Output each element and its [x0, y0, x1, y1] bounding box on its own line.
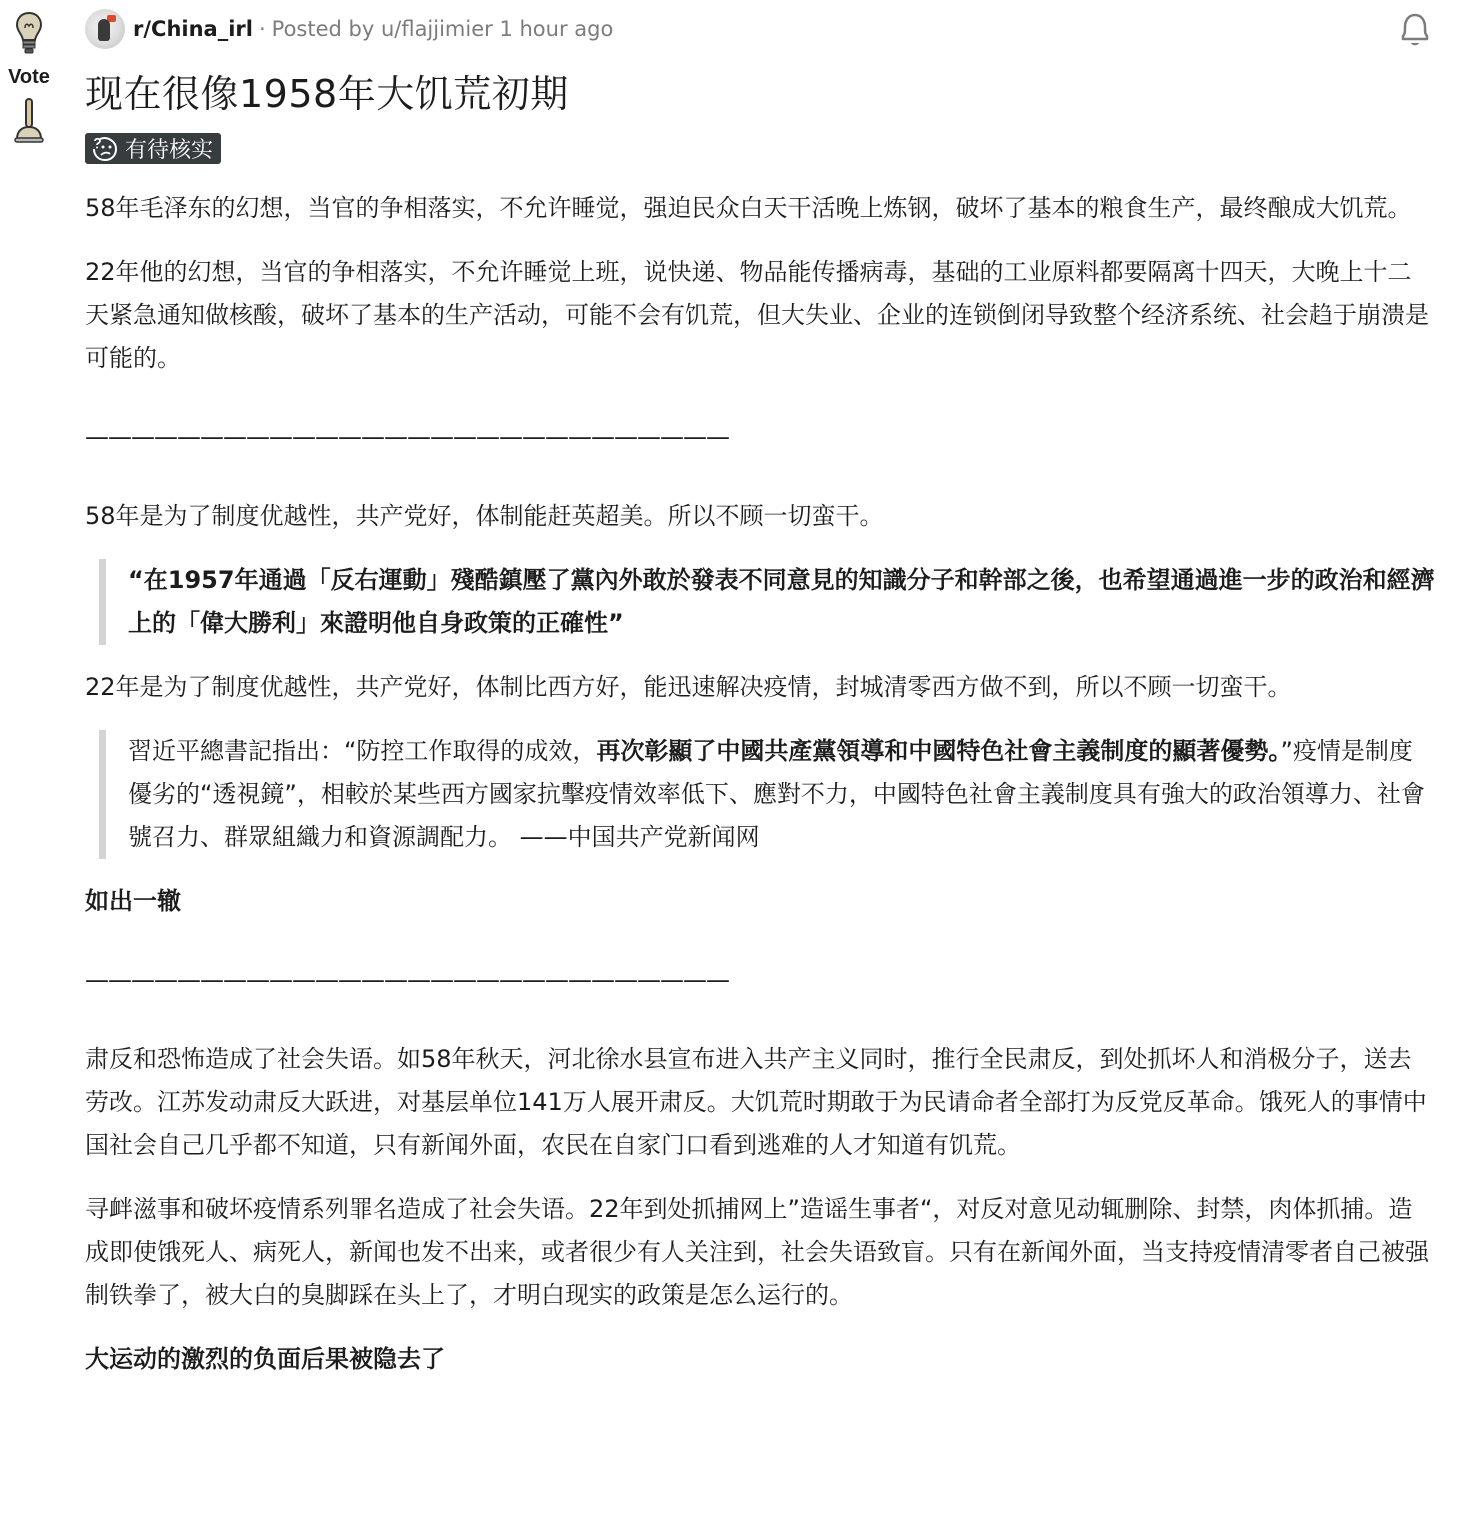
- blockquote: “在1957年通過「反右運動」殘酷鎮壓了黨內外敢於發表不同意見的知識分子和幹部之…: [99, 559, 1435, 645]
- paragraph: 22年他的幻想，当官的争相落实，不允许睡觉上班，说快递、物品能传播病毒，基础的工…: [85, 251, 1435, 380]
- bold-heading: 大运动的激烈的负面后果被隐去了: [85, 1338, 1435, 1381]
- quote-text: “在1957年通過「反右運動」殘酷鎮壓了黨內外敢於發表不同意見的知識分子和幹部之…: [128, 559, 1435, 645]
- paragraph: 58年是为了制度优越性，共产党好，体制能赶英超美。所以不顾一切蛮干。: [85, 495, 1435, 538]
- paragraph: 58年毛泽东的幻想，当官的争相落实，不允许睡觉，强迫民众白天干活晚上炼钢，破坏了…: [85, 187, 1435, 230]
- post-meta: r/China_irl · Posted by u/flajjimier 1 h…: [85, 0, 1435, 58]
- paragraph: 肃反和恐怖造成了社会失语。如58年秋天，河北徐水县宣布进入共产主义同时，推行全民…: [85, 1038, 1435, 1167]
- post-flair[interactable]: 有待核实: [85, 133, 221, 164]
- paragraph: 寻衅滋事和破坏疫情系列罪名造成了社会失语。22年到处抓捕网上”造谣生事者“，对反…: [85, 1188, 1435, 1317]
- quote-text: 習近平總書記指出：“防控工作取得的成效，再次彰顯了中國共產黨領導和中國特色社會主…: [128, 730, 1435, 859]
- quote-bold: 再次彰顯了中國共產黨領導和中國特色社會主義制度的顯著優勢。: [596, 737, 1280, 765]
- vote-column: Vote: [0, 0, 58, 143]
- bell-icon[interactable]: [1395, 10, 1435, 50]
- posted-by[interactable]: Posted by u/flajjimier 1 hour ago: [272, 17, 614, 41]
- post-container: r/China_irl · Posted by u/flajjimier 1 h…: [85, 0, 1435, 1402]
- plunger-icon[interactable]: [13, 97, 45, 143]
- text-divider: ————————————————————————————: [85, 959, 1435, 1002]
- text-divider: ————————————————————————————: [85, 416, 1435, 459]
- meta-separator: ·: [259, 17, 266, 41]
- post-body: 58年毛泽东的幻想，当官的争相落实，不允许睡觉，强迫民众白天干活晚上炼钢，破坏了…: [85, 187, 1435, 1381]
- paragraph: 22年是为了制度优越性，共产党好，体制比西方好，能迅速解决疫情，封城清零西方做不…: [85, 666, 1435, 709]
- subreddit-link[interactable]: r/China_irl: [133, 17, 253, 41]
- flair-label: 有待核实: [125, 133, 213, 164]
- post-title[interactable]: 现在很像1958年大饥荒初期: [85, 68, 1435, 120]
- lightbulb-icon[interactable]: [14, 10, 44, 56]
- vote-label: Vote: [8, 66, 50, 89]
- quote-prefix: 習近平總書記指出：“防控工作取得的成效，: [128, 737, 596, 765]
- confused-face-icon: [91, 135, 119, 163]
- blockquote: 習近平總書記指出：“防控工作取得的成效，再次彰顯了中國共產黨領導和中國特色社會主…: [99, 730, 1435, 859]
- subreddit-avatar[interactable]: [85, 9, 125, 49]
- bold-heading: 如出一辙: [85, 880, 1435, 923]
